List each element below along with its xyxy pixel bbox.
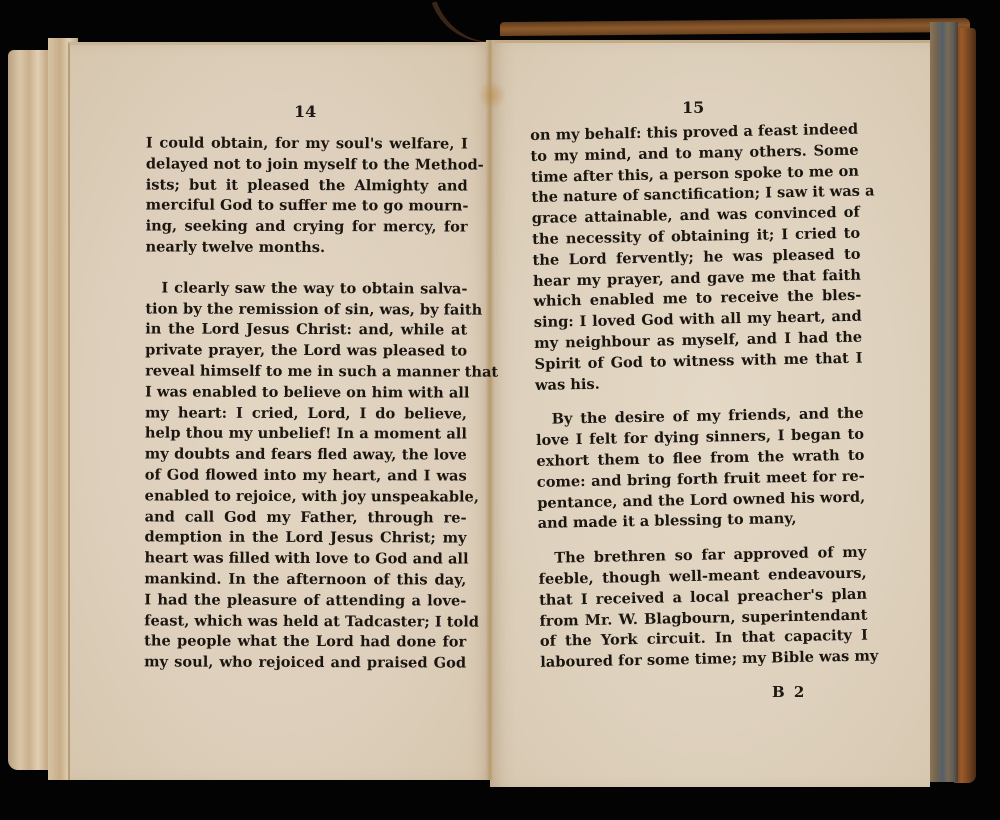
text-line: heart was filled with love to God and al… bbox=[144, 549, 466, 571]
text-line: enabled to rejoice, with joy unspeakable… bbox=[145, 486, 467, 508]
text-line: the people what the Lord had done for bbox=[144, 632, 466, 654]
text-line: reveal himself to me in such a manner th… bbox=[145, 361, 467, 383]
right-page-stack bbox=[930, 22, 958, 782]
text-line: ing, seeking and crying for mercy, for bbox=[146, 217, 468, 239]
text-line: mankind. In the afternoon of this day, bbox=[144, 569, 466, 591]
text-line: I could obtain, for my soul's welfare, I bbox=[146, 133, 468, 155]
book-gutter bbox=[486, 40, 494, 780]
text-line: I had the pleasure of attending a love- bbox=[144, 590, 466, 612]
text-line: and call God my Father, through re- bbox=[145, 507, 467, 529]
text-line: I was enabled to believe on him with all bbox=[145, 382, 467, 404]
text-line: my doubts and fears fled away, the love bbox=[145, 445, 467, 467]
left-page-number: 14 bbox=[294, 102, 316, 121]
text-line: help thou my unbelief! In a moment all bbox=[145, 424, 467, 446]
text-line: of God flowed into my heart, and I was bbox=[145, 465, 467, 487]
paragraph-gap bbox=[145, 258, 467, 279]
text-line: nearly twelve months. bbox=[146, 237, 468, 259]
left-page-text: I could obtain, for my soul's welfare, I… bbox=[144, 133, 468, 674]
text-line: my soul, who rejoiced and praised God bbox=[144, 653, 466, 675]
right-page-text: on my behalf: this proved a feast indeed… bbox=[530, 120, 868, 674]
text-line: tion by the remission of sin, was, by fa… bbox=[145, 299, 467, 321]
text-line: my heart: I cried, Lord, I do believe, bbox=[145, 403, 467, 425]
right-page-number: 15 bbox=[682, 98, 704, 117]
text-line: feast, which was held at Tadcaster; I to… bbox=[144, 611, 466, 633]
text-line: in the Lord Jesus Christ: and, while at bbox=[145, 320, 467, 342]
text-line: I clearly saw the way to obtain salva- bbox=[145, 278, 467, 300]
foxing-stain bbox=[478, 80, 506, 110]
text-line: private prayer, the Lord was pleased to bbox=[145, 341, 467, 363]
text-line: demption in the Lord Jesus Christ; my bbox=[144, 528, 466, 550]
text-line: merciful God to suffer me to go mourn- bbox=[146, 196, 468, 218]
printer-signature-mark: B 2 bbox=[772, 683, 806, 701]
text-line: delayed not to join myself to the Method… bbox=[146, 154, 468, 176]
text-line: ists; but it pleased the Almighty and bbox=[146, 175, 468, 197]
photograph-scene: 14 15 I could obtain, for my soul's welf… bbox=[0, 0, 1000, 820]
book-cover-top-edge bbox=[500, 18, 970, 36]
